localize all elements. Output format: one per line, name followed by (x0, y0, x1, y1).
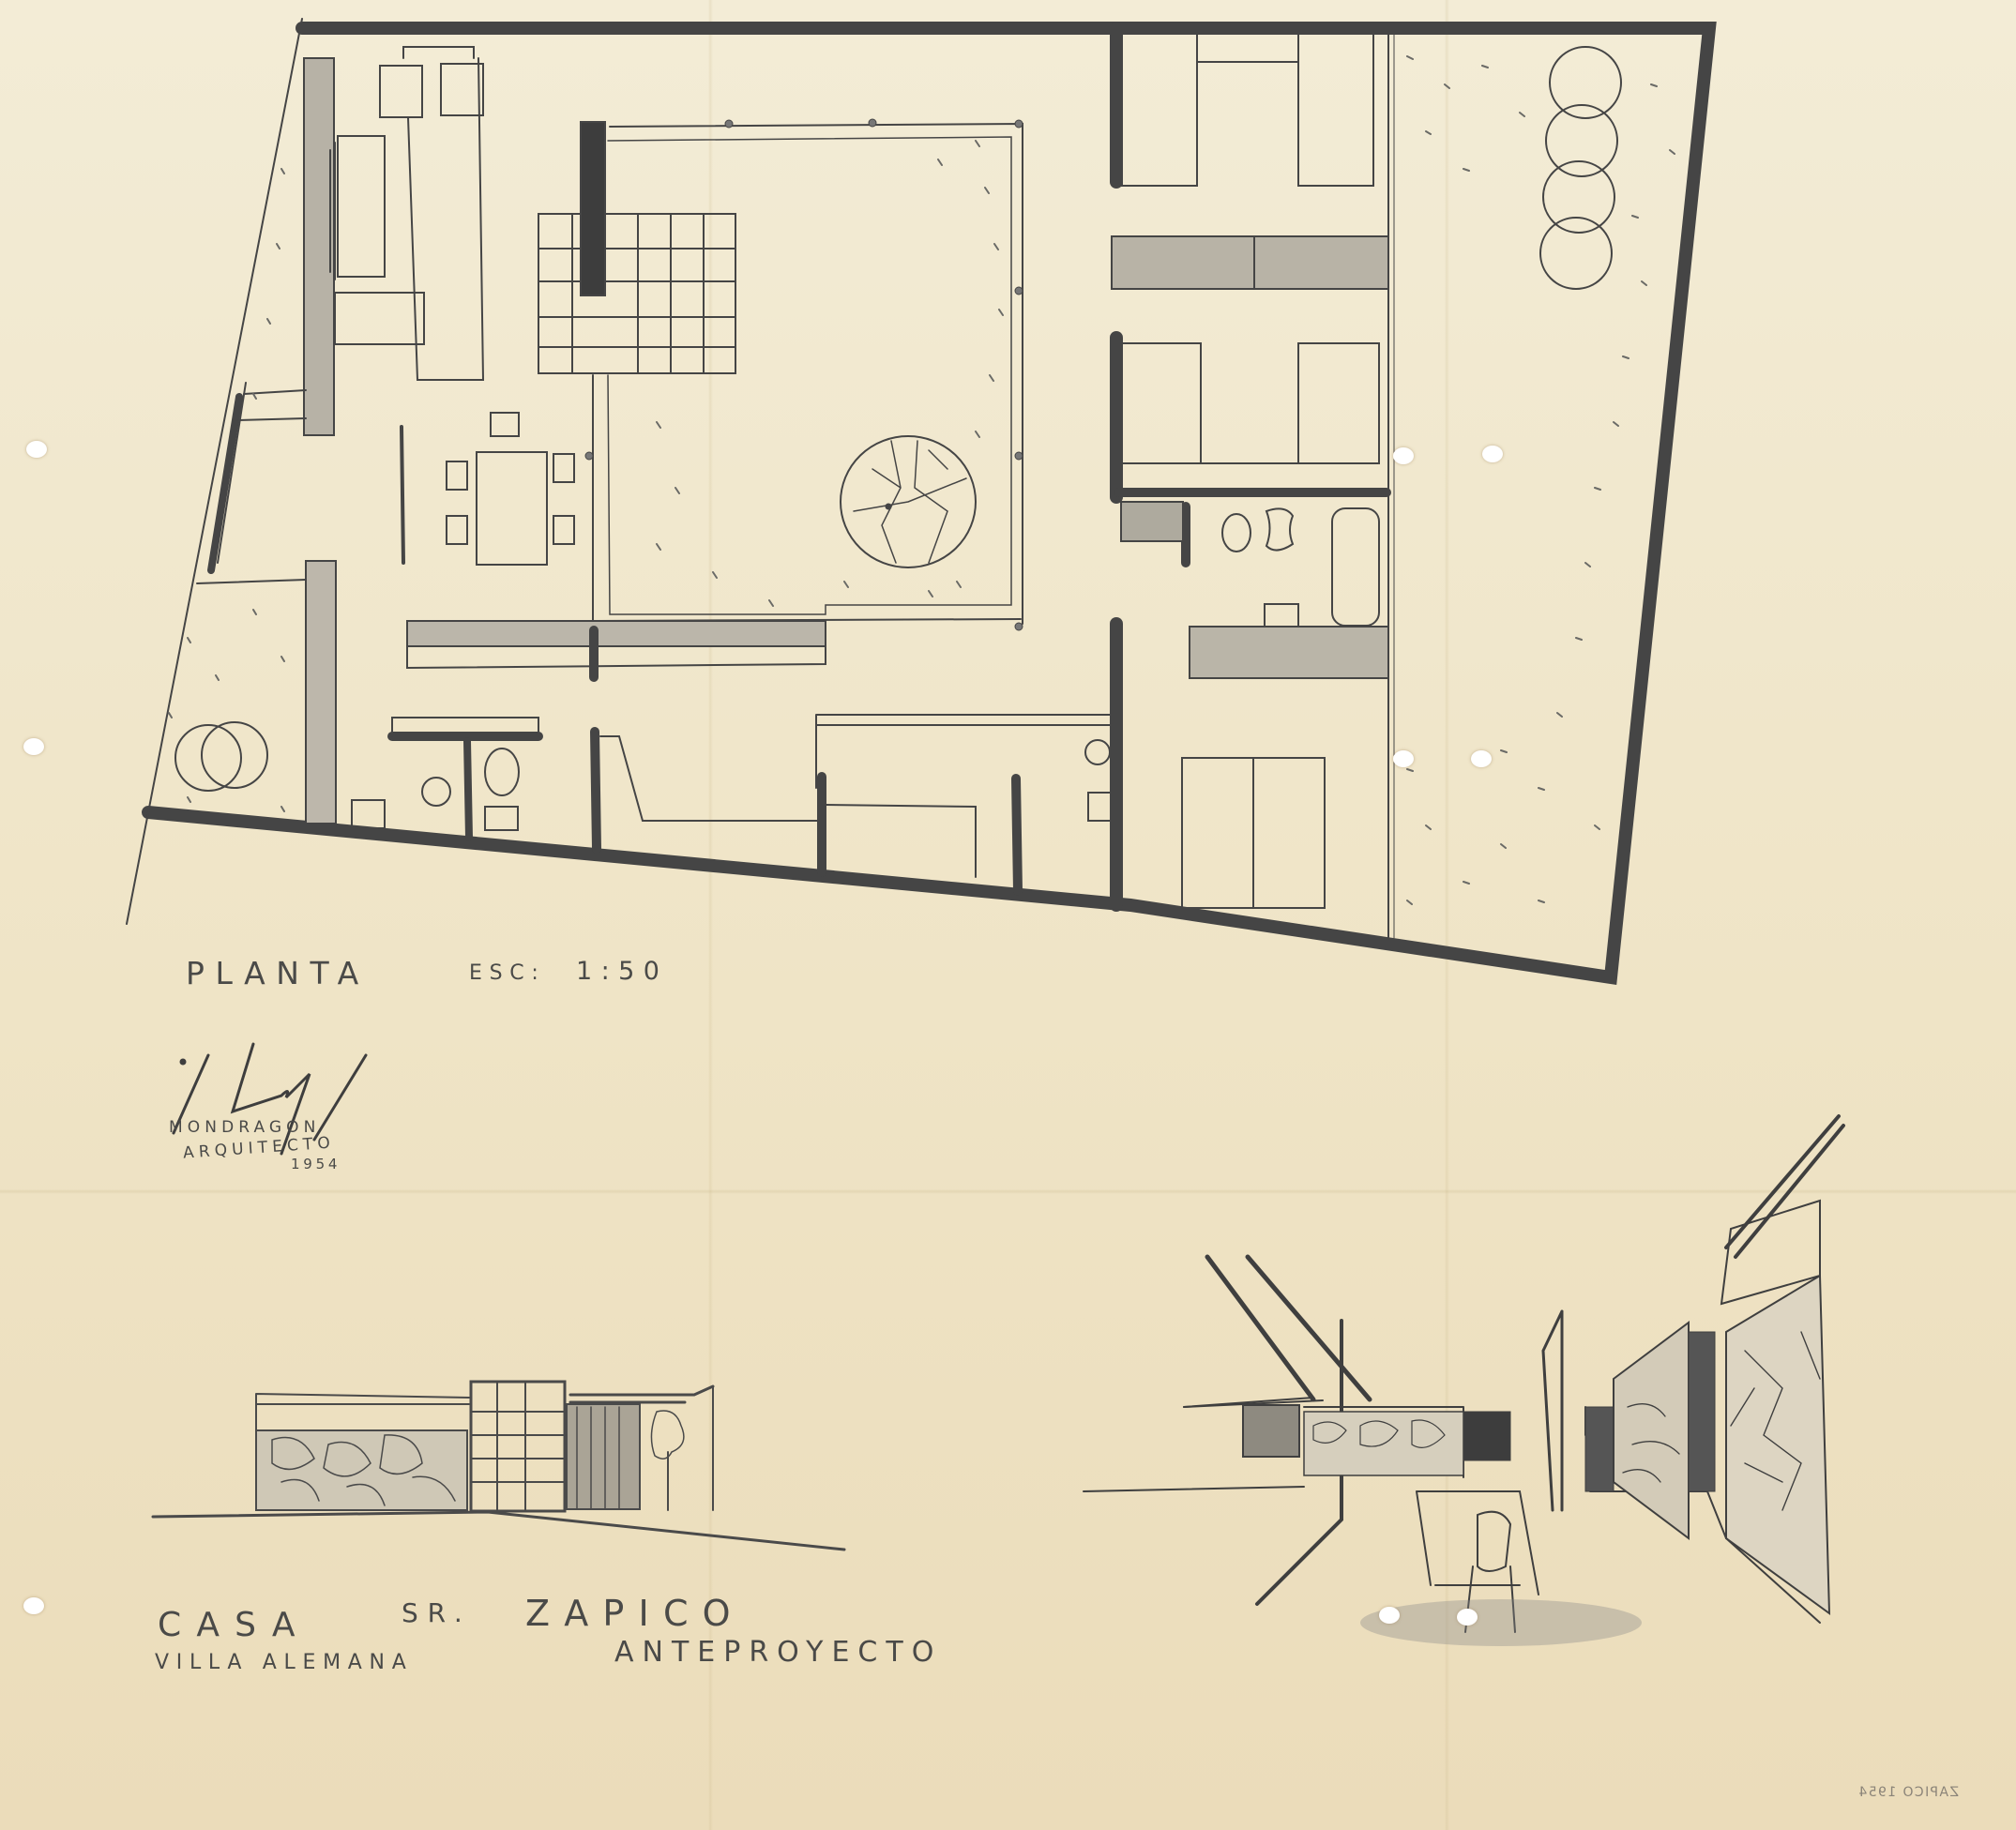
project-location: VILLA ALEMANA (155, 1651, 413, 1674)
punch-hole (23, 738, 44, 755)
punch-hole (26, 441, 47, 458)
drawing-year: 1954 (291, 1156, 341, 1172)
architect-name: MONDRAGON (169, 1118, 320, 1137)
project-name-prefix: CASA (158, 1606, 311, 1644)
project-phase: ANTEPROYECTO (614, 1636, 942, 1669)
bleed-through-text: ZAPICO 1954 (1857, 1785, 1959, 1800)
punch-hole (1457, 1609, 1478, 1626)
signature-mark (0, 0, 2016, 1830)
punch-hole (23, 1597, 44, 1614)
punch-hole (1379, 1607, 1400, 1624)
punch-hole (1393, 447, 1414, 464)
client-name: ZAPICO (525, 1593, 745, 1634)
punch-hole (1393, 750, 1414, 767)
punch-hole (1482, 446, 1503, 462)
drawing-sheet: PLANTA ESC: 1:50 MONDRAGON ARQUITECTO 19… (0, 0, 2016, 1830)
client-title: SR. (402, 1597, 472, 1628)
punch-hole (1471, 750, 1492, 767)
